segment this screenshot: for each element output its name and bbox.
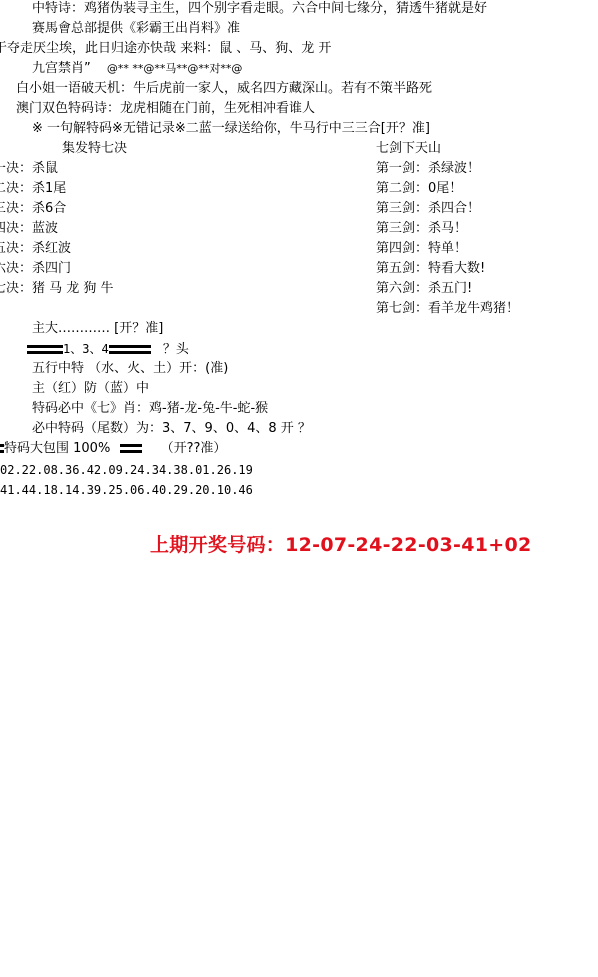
last-draw-label: 上期开奖号码： (150, 534, 285, 556)
nine-palace-label: 九宫禁肖” (32, 61, 91, 76)
right-section-title: 七剑下天山 (376, 140, 441, 158)
right-item: 第一剑：杀绿波！ (376, 160, 480, 178)
one-sentence-line: ※ 一句解特码※无错记录※二蓝一绿送给你，牛马行中三三合[开？准] (32, 120, 430, 138)
right-item: 第三剑：杀马！ (376, 220, 467, 238)
nine-palace-line: 九宫禁肖” @** **@**马**@**对**@ (32, 60, 242, 78)
number-row: 41.44.18.14.39.25.06.40.29.20.10.46 (0, 481, 253, 499)
macau-poem-line: 澳门双色特码诗：龙虎相随在门前，生死相冲看谁人 (16, 100, 315, 118)
left-item: 七决：猪 马 龙 狗 牛 (0, 280, 114, 298)
big-surround-suffix: （开??准） (161, 441, 227, 456)
double-bar-icon (27, 345, 63, 354)
last-draw-numbers: 12-07-24-22-03-41+02 (285, 534, 531, 556)
double-bar-icon (0, 444, 4, 453)
number-row: 02.22.08.36.42.09.24.34.38.01.26.19 (0, 461, 253, 479)
right-item: 第二剑：0尾！ (376, 180, 462, 198)
big-surround-label: 特码大包围 100% (4, 441, 110, 456)
tail-numbers-line: 必中特码（尾数）为：3、7、9、0、4、8 开 ？ (32, 420, 311, 438)
right-item: 第四剑：特单！ (376, 240, 467, 258)
left-item: 三决：杀6合 (0, 200, 66, 218)
right-item: 第七剑：看羊龙牛鸡猪！ (376, 300, 519, 318)
right-item: 第六剑：杀五门! (376, 280, 472, 298)
head-suffix: ？头 (163, 342, 189, 357)
seven-zodiac-line: 特码必中《七》肖：鸡-猪-龙-兔-牛-蛇-猴 (32, 400, 268, 418)
masked-text: @** **@**马**@**对**@ (107, 62, 243, 75)
five-elements-line: 五行中特 （水、火、土）开：(准) (32, 360, 228, 378)
big-surround-line: 特码大包围 100% （开??准） (0, 440, 226, 458)
left-item: 五决：杀红波 (0, 240, 71, 258)
white-lady-line: 白小姐一语破天机：牛后虎前一家人，威名四方藏深山。若有不策半路死 (16, 80, 432, 98)
main-guard-line: 主（红）防（蓝）中 (32, 380, 149, 398)
poem-line: 中特诗：鸡猪伪装寻主生，四个别字看走眼。六合中间七缘分，猜透牛猪就是好 (32, 0, 487, 18)
left-item: 六决：杀四门 (0, 260, 71, 278)
right-item: 第五剑：特看大数! (376, 260, 485, 278)
double-bar-icon (109, 345, 151, 354)
head-numbers: 1、3、4 (63, 342, 109, 356)
last-draw-line: 上期开奖号码：12-07-24-22-03-41+02 (150, 533, 532, 557)
left-section-title: 集发特七决 (62, 140, 127, 158)
head-line: 1、3、4 ？头 (27, 340, 189, 359)
left-item: 一决：杀鼠 (0, 160, 58, 178)
right-item: 第三剑：杀四合！ (376, 200, 480, 218)
main-big-line: 主大………… [开？准] (32, 320, 163, 338)
left-item: 四决：蓝波 (0, 220, 58, 238)
left-item: 二决：杀1尾 (0, 180, 66, 198)
source-line: 赛馬會总部提供《彩霸王出肖料》准 (32, 20, 240, 38)
double-bar-icon (120, 444, 142, 453)
material-line: 于夺走厌尘埃，此日归途亦快哉 来料：鼠 、马、狗、龙 开 (0, 40, 331, 58)
